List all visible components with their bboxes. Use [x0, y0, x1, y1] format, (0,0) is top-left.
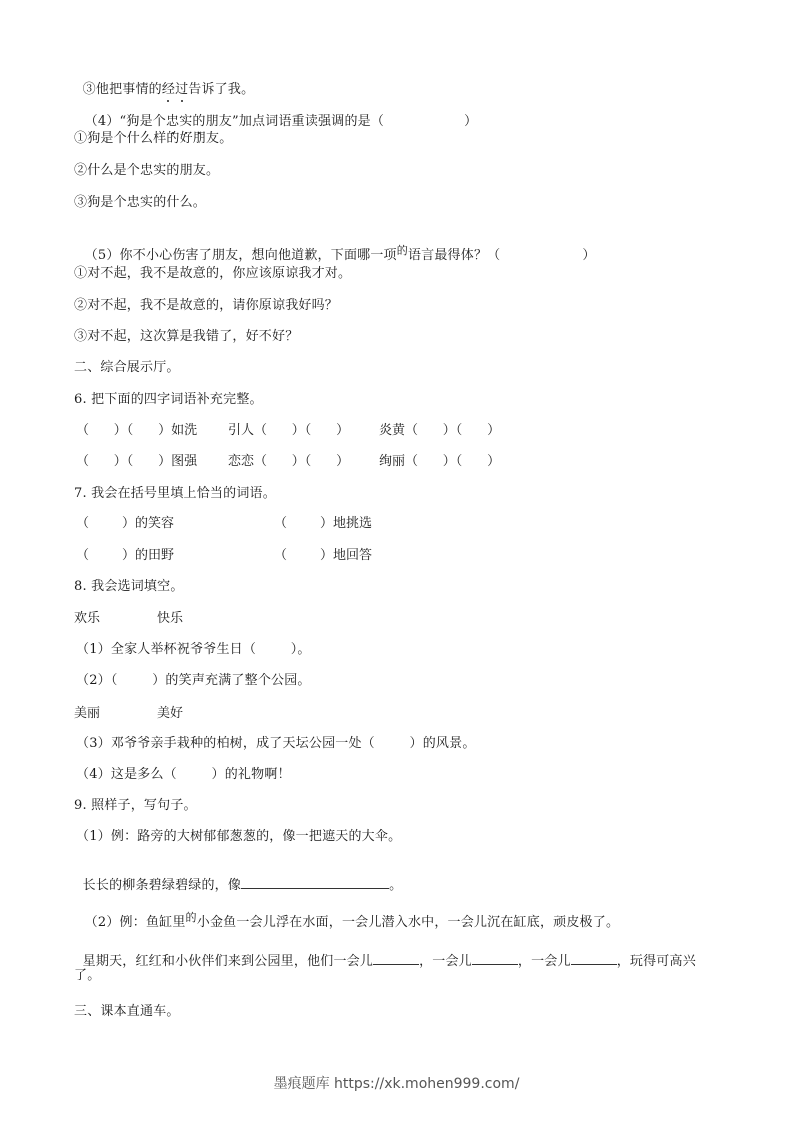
- q6-cell[interactable]: 炎黄（ ）（ ）: [379, 423, 500, 439]
- q5-option-2: ②对不起，我不是故意的，请你原谅我好吗？: [74, 298, 338, 314]
- question-4: （4）“狗是个忠实的朋友”加点词语重读强调的是（）: [76, 98, 477, 130]
- dotted-char: 过: [175, 82, 188, 98]
- q8-item-4[interactable]: （4）这是多么（ ）的礼物啊！: [76, 767, 291, 783]
- answer-blank[interactable]: [571, 952, 617, 965]
- question-9-title: 9. 照样子，写句子。: [74, 798, 197, 814]
- question-7-title: 7. 我会在括号里填上恰当的词语。: [74, 486, 276, 502]
- q5-option-1: ①对不起，我不是故意的，你应该原谅我才对。: [74, 266, 351, 282]
- q7-cell[interactable]: （ ）的田野: [76, 548, 174, 564]
- q9-answer-2-wrap: 了。: [74, 968, 100, 984]
- q7-cell[interactable]: （ ）的笑容: [76, 516, 174, 532]
- text: 长长的柳条碧绿碧绿的，像: [83, 878, 241, 893]
- q5-option-3: ③对不起，这次算是我错了，好不好？: [74, 329, 298, 345]
- word-choice: 欢乐: [74, 611, 100, 627]
- answer-blank[interactable]: [373, 952, 419, 965]
- dotted-char: 的: [192, 114, 205, 130]
- q4-option-3: ③狗是个忠实的什么。: [74, 195, 206, 211]
- q6-cell[interactable]: （ ）（ ）如洗: [76, 423, 197, 439]
- section-3-title: 三、课本直通车。: [74, 1004, 180, 1020]
- text: （4）“狗是个: [85, 114, 166, 129]
- question-6-title: 6. 把下面的四字词语补充完整。: [74, 392, 263, 408]
- question-8-title: 8. 我会选词填空。: [74, 579, 184, 595]
- dotted-char: 实: [179, 114, 192, 130]
- q8-item-1[interactable]: （1）全家人举杯祝爷爷生日（ ）。: [76, 642, 311, 658]
- q6-cell[interactable]: 引人（ ）（ ）: [228, 423, 349, 439]
- text: 的: [397, 244, 408, 257]
- q8-item-3[interactable]: （3）邓爷爷亲手栽种的柏树，成了天坛公园一处（ ）的风景。: [76, 736, 476, 752]
- text: 告诉了我。: [188, 82, 254, 97]
- answer-blank[interactable]: [241, 876, 389, 889]
- q6-cell[interactable]: 绚丽（ ）（ ）: [379, 454, 500, 470]
- text: （5）你不小心伤害了朋友，想向他道歉，下面哪一项: [85, 248, 397, 263]
- q9-example-1: （1）例：路旁的大树郁郁葱葱的，像一把遮天的大伞。: [76, 829, 401, 845]
- q9-answer-1: 长长的柳条碧绿碧绿的，像。: [74, 860, 402, 894]
- text: ）: [464, 114, 477, 129]
- q7-cell[interactable]: （ ）地回答: [274, 548, 372, 564]
- q9-example-2: （2）例：鱼缸里的小金鱼一会儿浮在水面，一会儿潜入水中，一会儿沉在缸底，顽皮极了…: [76, 899, 619, 931]
- text: ）: [582, 248, 595, 263]
- q6-cell[interactable]: （ ）（ ）图强: [76, 454, 197, 470]
- text: 星期天，红红和小伙伴们来到公园里，他们一会儿: [83, 954, 373, 969]
- text: ，一会儿: [518, 954, 571, 969]
- dotted-char: 经: [162, 82, 175, 98]
- text: 朋友”加点词语重读强调的是（: [206, 114, 384, 129]
- word-choice: 美好: [157, 706, 183, 722]
- question-5: （5）你不小心伤害了朋友，想向他道歉，下面哪一项的语言最得体？（）: [76, 232, 596, 264]
- footer-watermark: 墨痕题库 https://xk.mohen999.com/: [0, 1073, 793, 1093]
- q6-cell[interactable]: 恋恋（ ）（ ）: [228, 454, 349, 470]
- q7-cell[interactable]: （ ）地挑选: [274, 516, 372, 532]
- text: 小金鱼一会儿浮在水面，一会儿潜入水中，一会儿沉在缸底，顽皮极了。: [197, 915, 619, 930]
- text: ，一会儿: [419, 954, 472, 969]
- word-choice: 快乐: [157, 611, 183, 627]
- q8-item-2[interactable]: （2）（ ）的笑声充满了整个公园。: [76, 673, 311, 689]
- option-line: ③他把事情的经过告诉了我。: [74, 66, 254, 98]
- q4-option-1: ①狗是个什么样的好朋友。: [74, 131, 232, 147]
- dotted-char: 忠: [166, 114, 179, 130]
- text: （2）例：鱼缸里: [85, 915, 186, 930]
- text: 的: [186, 911, 197, 924]
- q4-option-2: ②什么是个忠实的朋友。: [74, 163, 219, 179]
- q9-answer-2: 星期天，红红和小伙伴们来到公园里，他们一会儿，一会儿，一会儿，玩得可高兴: [74, 936, 696, 970]
- text: 语言最得体？（: [408, 248, 500, 263]
- word-choice: 美丽: [74, 706, 100, 722]
- section-2-title: 二、综合展示厅。: [74, 360, 180, 376]
- answer-blank[interactable]: [472, 952, 518, 965]
- text: ，玩得可高兴: [617, 954, 696, 969]
- text: ③他把事情的: [83, 82, 162, 97]
- text: 。: [389, 878, 402, 893]
